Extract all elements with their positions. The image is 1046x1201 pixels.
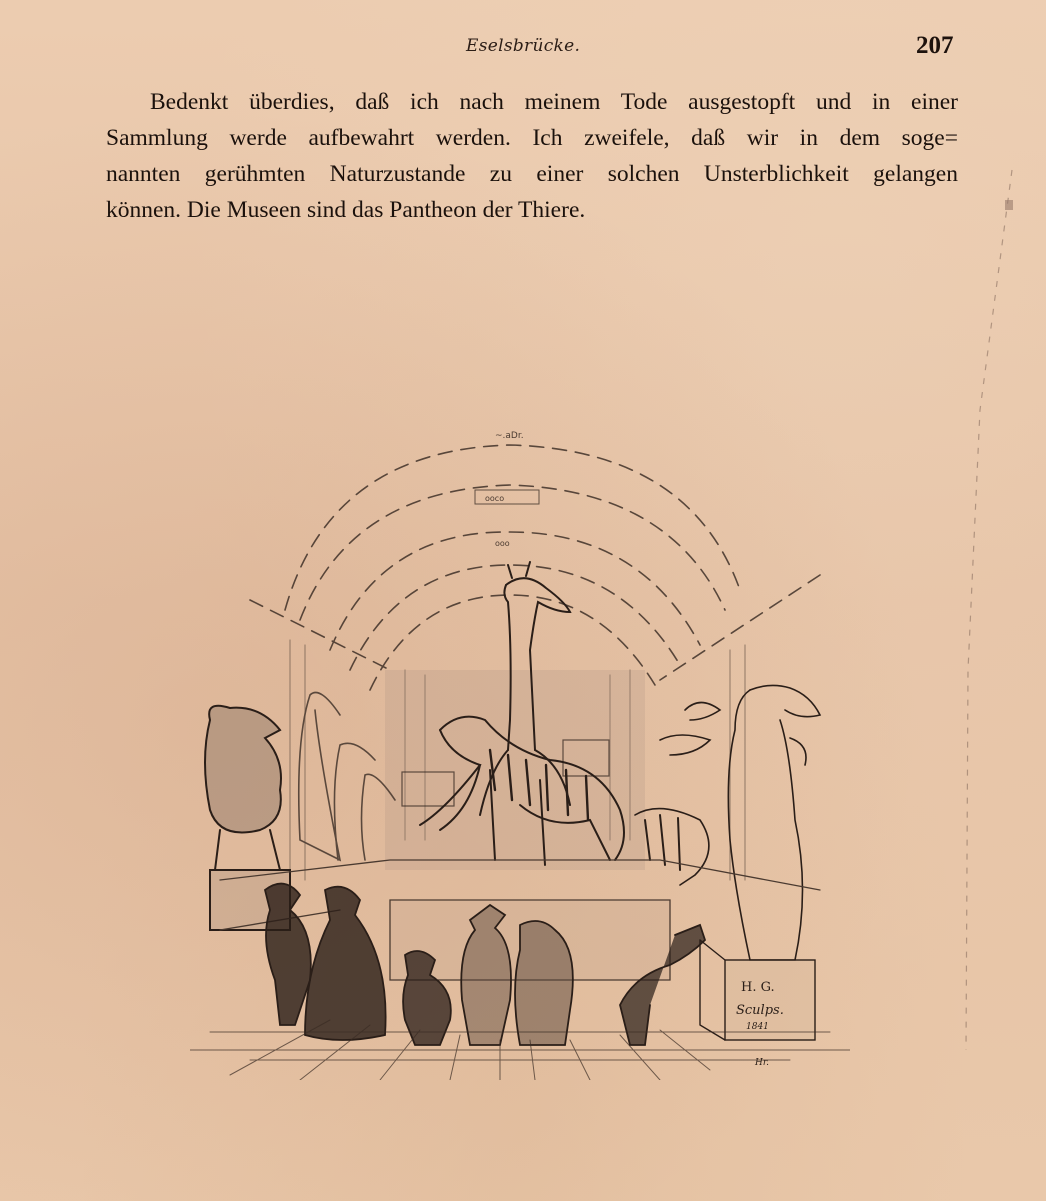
museum-scene-engraving: ~.aDr. ooco ooo xyxy=(190,420,850,1080)
running-head: Eselsbrücke. 207 xyxy=(0,36,1046,66)
book-page: Eselsbrücke. 207 Bedenkt überdies, daß i… xyxy=(0,0,1046,1201)
inscription-initials: H. G. xyxy=(741,980,775,995)
text-line-3: nannten gerühmten Naturzustande zu einer… xyxy=(106,156,958,192)
text-line-4: können. Die Museen sind das Pantheon der… xyxy=(106,192,958,228)
svg-text:ooo: ooo xyxy=(495,539,510,548)
text-line-1: Bedenkt überdies, daß ich nach meinem To… xyxy=(106,84,958,120)
artist-signature: Hr. xyxy=(754,1058,769,1068)
running-title: Eselsbrücke. xyxy=(466,36,580,56)
svg-text:ooco: ooco xyxy=(485,494,504,503)
page-edge-mark xyxy=(960,150,1020,1050)
engraving-illustration: ~.aDr. ooco ooo xyxy=(190,420,850,1080)
svg-text:~.aDr.: ~.aDr. xyxy=(495,431,524,441)
inscription-sculps: Sculps. xyxy=(736,1003,784,1018)
body-paragraph: Bedenkt überdies, daß ich nach meinem To… xyxy=(106,84,958,228)
text-line-2: Sammlung werde aufbewahrt werden. Ich zw… xyxy=(106,120,958,156)
page-number: 207 xyxy=(916,32,954,60)
inscription-year: 1841 xyxy=(746,1022,769,1032)
